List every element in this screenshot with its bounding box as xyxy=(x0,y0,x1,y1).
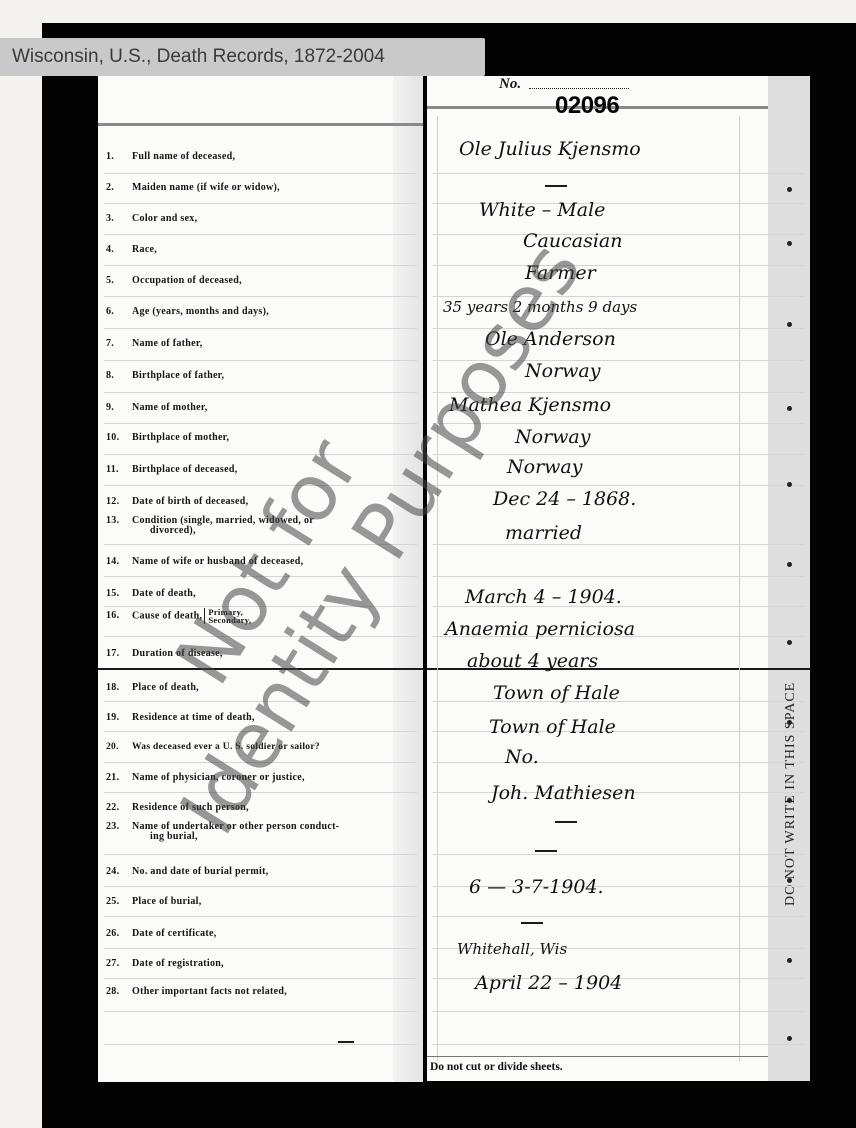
value-mother: Mathea Kjensmo xyxy=(449,394,611,416)
cause-brace: Primary,Secondary, xyxy=(204,608,251,624)
field-label-28: 28.Other important facts not related, xyxy=(106,986,287,997)
field-label-22: 22.Residence of such person, xyxy=(106,802,249,813)
value-residence-physician-dash xyxy=(555,821,577,823)
no-dotted-line xyxy=(529,88,629,89)
value-color-sex: White – Male xyxy=(479,199,605,221)
certificate-left-page: 1.Full name of deceased, 2.Maiden name (… xyxy=(98,76,423,1082)
value-father-birthplace: Norway xyxy=(525,360,600,382)
value-soldier: No. xyxy=(505,746,539,768)
value-undertaker-dash xyxy=(535,850,557,852)
field-label-14: 14.Name of wife or husband of deceased, xyxy=(106,556,303,567)
value-race: Caucasian xyxy=(523,230,622,252)
field-label-7: 7.Name of father, xyxy=(106,338,203,349)
field-label-18: 18.Place of death, xyxy=(106,682,199,693)
value-date-of-birth: Dec 24 – 1868. xyxy=(493,488,636,510)
value-duration: about 4 years xyxy=(467,650,598,672)
value-place-of-burial-dash xyxy=(521,922,543,924)
value-place-of-death: Town of Hale xyxy=(493,682,620,704)
field-label-1: 1.Full name of deceased, xyxy=(106,151,235,162)
footer-rule xyxy=(427,1056,768,1057)
header-rule xyxy=(98,123,423,126)
value-physician: Joh. Mathiesen xyxy=(491,782,636,804)
value-certificate-date: Whitehall, Wis xyxy=(457,940,567,958)
field-label-23: 23.Name of undertaker or other person co… xyxy=(106,821,339,842)
certificate-right-page: DO NOT WRITE IN THIS SPACE No. 02096 Ole… xyxy=(427,76,810,1081)
do-not-write-notice: DO NOT WRITE IN THIS SPACE xyxy=(783,546,797,906)
value-date-of-death: March 4 – 1904. xyxy=(465,586,622,608)
value-mother-birthplace: Norway xyxy=(515,426,590,448)
field-label-2: 2.Maiden name (if wife or widow), xyxy=(106,182,280,193)
field-label-21: 21.Name of physician, coroner or justice… xyxy=(106,772,305,783)
field-label-4: 4.Race, xyxy=(106,244,157,255)
field-label-13: 13.Condition (single, married, widowed, … xyxy=(106,515,314,536)
value-condition: married xyxy=(505,522,582,544)
value-father: Ole Anderson xyxy=(485,328,616,350)
field-label-6: 6.Age (years, months and days), xyxy=(106,306,269,317)
field-label-16: 16.Cause of death,Primary,Secondary, xyxy=(106,608,251,624)
certificate-no-label: No. xyxy=(499,76,521,93)
value-maiden-name-dash xyxy=(545,185,567,187)
field-label-8: 8.Birthplace of father, xyxy=(106,370,224,381)
field-label-20: 20.Was deceased ever a U. S. soldier or … xyxy=(106,742,320,752)
field-label-10: 10.Birthplace of mother, xyxy=(106,432,229,443)
value-birthplace: Norway xyxy=(507,456,582,478)
footer-note: Do not cut or divide sheets. xyxy=(430,1061,563,1073)
field-label-17: 17.Duration of disease, xyxy=(106,648,223,659)
field-label-12: 12.Date of birth of deceased, xyxy=(106,496,248,507)
value-cause-of-death: Anaemia perniciosa xyxy=(445,618,635,640)
field-label-9: 9.Name of mother, xyxy=(106,402,208,413)
field-label-15: 15.Date of death, xyxy=(106,588,196,599)
tooltip-title: Wisconsin, U.S., Death Records, 1872-200… xyxy=(12,46,385,67)
field-label-25: 25.Place of burial, xyxy=(106,896,202,907)
record-collection-tooltip: Wisconsin, U.S., Death Records, 1872-200… xyxy=(0,38,485,76)
field-label-3: 3.Color and sex, xyxy=(106,213,197,224)
value-residence: Town of Hale xyxy=(489,716,616,738)
section-rule xyxy=(98,668,423,670)
field-label-24: 24.No. and date of burial permit, xyxy=(106,866,269,877)
value-full-name: Ole Julius Kjensmo xyxy=(459,138,641,160)
field-label-27: 27.Date of registration, xyxy=(106,958,224,969)
field-label-11: 11.Birthplace of deceased, xyxy=(106,464,238,475)
field-label-5: 5.Occupation of deceased, xyxy=(106,275,242,286)
ink-mark xyxy=(338,1041,354,1043)
value-occupation: Farmer xyxy=(525,262,596,284)
certificate-number: 02096 xyxy=(555,92,619,120)
field-label-19: 19.Residence at time of death, xyxy=(106,712,255,723)
page-shadow xyxy=(393,76,423,1082)
value-registration-date: April 22 – 1904 xyxy=(475,972,622,994)
value-age: 35 years 2 months 9 days xyxy=(443,298,637,316)
field-label-26: 26.Date of certificate, xyxy=(106,928,217,939)
value-burial-permit: 6 — 3-7-1904. xyxy=(469,876,604,898)
